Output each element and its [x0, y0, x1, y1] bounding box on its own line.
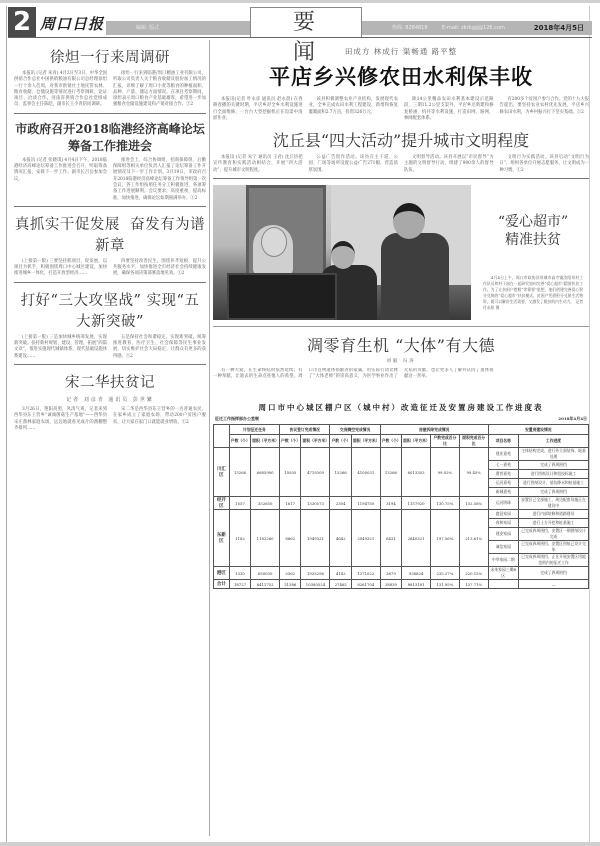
value-cell: 1183260: [251, 510, 280, 567]
article-shenqiu: 沈丘县“四大活动”提升城市文明程度 本报讯 (记者 朱宁 通讯员 王君) 沈丘县…: [213, 128, 589, 174]
main-article: 田成方 林成行 渠畅通 路平整 平店乡兴修农田水利保丰收 本报讯(记者 叶永彦 …: [213, 46, 589, 122]
value-cell: 8662: [280, 510, 301, 567]
project-progress-cell: 已完成四周围挡，安置区一期图纸设计完成: [519, 528, 589, 541]
project-name-cell: 七一嘉苑: [488, 461, 518, 470]
value-cell: 1371022: [351, 567, 380, 580]
value-cell: 8411752: [251, 580, 280, 589]
value-cell: 18727: [229, 580, 250, 589]
district-cell: 港区: [214, 567, 230, 580]
value-cell: 131.95%: [430, 580, 459, 589]
headline: 沈丘县“四大活动”提升城市文明程度: [213, 128, 589, 151]
col-header: 工作进度: [519, 435, 589, 448]
page-header: 2 周口日报 编辑: 版式 要闻 热线: 8284818 E-mail: zkr…: [8, 7, 592, 37]
project-name-cell: 未来家园三期B区: [488, 567, 518, 580]
project-progress-cell: 进行内部装修和道路建设: [519, 510, 589, 519]
divider: [14, 364, 206, 365]
value-cell: 137.71%: [459, 580, 488, 589]
value-cell: 4142: [330, 567, 351, 580]
col-header: 面积（平方米）: [251, 435, 280, 448]
col-group: 安置房建设情况: [488, 425, 588, 435]
col-group: 房屋拆除完成情况: [380, 425, 488, 435]
project-name-cell: 新城嘉苑: [488, 488, 518, 497]
project-progress-cell: 完成了四周围挡: [519, 488, 589, 497]
article-text: 本报讯 (记者 张晓琪) 4月4日下午，2018临港经济高峰论坛筹备工作推进会召…: [14, 158, 107, 202]
caption-title: “爱心超市” 精准扶贫: [483, 213, 583, 249]
headline: 市政府召开2018临港经济高峰论坛筹备工作推进会: [14, 120, 206, 154]
computer-monitor-graphic: [227, 273, 337, 320]
table-date: 2018年4月4日: [558, 416, 587, 422]
headline: 徐炟一行来周调研: [14, 46, 206, 67]
project-progress-cell: 安置区已全部施工，周边配套设施正在建设中: [519, 497, 589, 510]
left-column: 徐炟一行来周调研 本报讯 (记者 朱青) 4月2日至3日，中华全国供销合作总社中…: [14, 40, 206, 432]
header-divider: [8, 37, 592, 38]
article-text: 有200多个贫困户参与合作。党的十九大报告提出，要坚持农业农村优先发展，平店乡兴…: [500, 97, 590, 122]
value-cell: 6685900: [251, 448, 280, 497]
col-header: 面积（平方米）: [351, 435, 380, 448]
project-name-cell: 运河明珠: [488, 497, 518, 510]
article-real-work: 真抓实干促发展 奋发有为谱新章 (上接第一版) 三要坚持抓项目、促发展，以项目为…: [14, 213, 206, 278]
value-cell: 213.61%: [459, 510, 488, 567]
table-row: 川汇区1326666859001050547193091326641000311…: [214, 448, 589, 461]
article-authors: 田成方 林成行 渠畅通 路平整: [213, 46, 589, 57]
value-cell: 4642: [330, 510, 351, 567]
value-cell: 1557: [229, 497, 250, 510]
article-body-donation: 凋零育生机 “大体”有大德 刘毅 冯涛 有一种大爱，在生命终结时依然延续；有一种…: [213, 333, 589, 398]
project-progress-cell: —: [519, 580, 589, 589]
project-name-cell: 建安家园: [488, 528, 518, 541]
value-cell: 13266: [380, 448, 401, 497]
value-cell: 8261704: [351, 580, 380, 589]
person-graphic: [331, 241, 355, 269]
project-progress-cell: 进行图纸设计、基坑降水和桩基施工: [519, 479, 589, 488]
district-cell: 东新区: [214, 510, 230, 567]
article-text: 五是保持社会和谐稳定，实现新突破。统筹推进教育、医疗卫生、社会保障等民生事业发展…: [113, 335, 206, 360]
article-text: 该县积极调整农业产业结构，发展现代农业，全乡完成农田水利工程建设，新增和恢复灌溉…: [309, 97, 399, 122]
project-name-cell: [488, 580, 518, 589]
value-cell: 2640321: [402, 510, 431, 567]
value-cell: 235.27%: [430, 567, 459, 580]
value-cell: 2304: [330, 497, 351, 510]
value-cell: 1194750: [351, 497, 380, 510]
value-cell: 10505: [280, 448, 301, 497]
divider: [14, 113, 206, 114]
district-cell: 川汇区: [214, 448, 230, 497]
person-graphic: [261, 227, 287, 257]
project-name-cell: 运河嘉苑: [488, 479, 518, 488]
value-cell: 1330: [229, 567, 250, 580]
article-text: 有一种大爱，在生命终结时依然延续；有一种奉献，让逝去的生命点亮他人的希望。周口市…: [213, 368, 589, 398]
value-cell: 197.56%: [430, 510, 459, 567]
headline: 凋零育生机 “大体”有大德: [213, 333, 589, 356]
byline: 记者 刘彦青 通讯员 彭世繁: [14, 396, 206, 403]
article-text: 本报讯(记者 叶永彦 通讯员 赵永晨) 在春耕春播的关键时期，平店乡对全乡水利设…: [213, 97, 303, 122]
article-text: 本报讯 (记者 朱宁 通讯员 王君) 沈丘县把宣传教育和实践活动相结合，开展“四…: [213, 155, 303, 174]
value-cell: 6431: [380, 510, 401, 567]
value-cell: 99.45%: [459, 448, 488, 497]
project-progress-cell: 已完成四周围挡，安置区图纸已设计完毕: [519, 541, 589, 554]
value-cell: 13266: [330, 448, 351, 497]
table-office: 征迁工作指挥部办公室制: [215, 416, 259, 422]
page-top-border: [0, 0, 600, 3]
project-progress-cell: 完成了四周围挡: [519, 461, 589, 470]
col-header: 面积（平方米）: [301, 435, 330, 448]
value-cell: 10380524: [301, 580, 330, 589]
person-graphic: [393, 203, 425, 239]
col-header: 户数完成百分比: [430, 435, 459, 448]
value-cell: 1330573: [301, 497, 330, 510]
value-cell: 2049321: [351, 510, 380, 567]
photo-feature: “爱心超市” 精准扶贫 4月4日上午，周口市政协驻项城市高寺镇汝阳刘村工作队员和…: [213, 178, 589, 327]
article-text: 宋二华是西华县东王营乡的一名普通农民，在家乡成立了家庭农场，带动200户贫困户脱…: [113, 407, 206, 432]
project-progress-cell: 进行土方开挖和桩基施工: [519, 519, 589, 528]
project-name-cell: 鹿邑家园: [488, 510, 518, 519]
caption-text: 4月4日上午，周口市政协驻项城市高寺镇汝阳刘村工作队员和村干部在一起研究如何完善…: [483, 275, 583, 311]
value-cell: 4100031: [351, 448, 380, 497]
col-header: 户数（个）: [330, 435, 351, 448]
value-cell: 3194: [380, 497, 401, 510]
value-cell: 130.75%: [430, 497, 459, 510]
email: E-mail: zkrbgg@126.com: [442, 21, 505, 35]
table-title: 周口市中心城区棚户区（城中村）改造征迁及安置房建设工作进度表: [213, 402, 589, 413]
value-cell: 1949321: [301, 510, 330, 567]
value-cell: 27465: [330, 580, 351, 589]
byline: 刘毅 冯涛: [213, 358, 589, 364]
table-body: 川汇区1326666859001050547193091326641000311…: [214, 448, 589, 589]
article-text: 文明行为实践活动。该县启动“文明行为日”，组织各单位开展志愿服务，让文明成为一种…: [500, 155, 590, 174]
project-progress-cell: 完成了四周围挡: [519, 567, 589, 580]
issue-date: 2018年4月5日: [534, 21, 584, 35]
article-text: 本报讯 (记者 朱青) 4月2日至3日，中华全国供销合作总社中国供销粮油有限公司…: [14, 71, 107, 109]
article-text: 徐炟一行来到临港/周口精油工业有限公司，听取公司负责人关于粮食收储及股份加工情况…: [113, 71, 206, 109]
project-name-cell: 建业嘉苑: [488, 448, 518, 461]
headline: 宋二华扶贫记: [14, 371, 206, 392]
project-progress-cell: 已完成四周围挡，正在开展安置区用地范围内的征迁工作: [519, 554, 589, 567]
right-section: 田成方 林成行 渠畅通 路平整 平店乡兴修农田水利保丰收 本报讯(记者 叶永彦 …: [213, 40, 589, 589]
value-cell: 650030: [251, 567, 280, 580]
page-bottom-border: [0, 842, 600, 846]
col-header: 户数（个）: [229, 435, 250, 448]
value-cell: 6013303: [402, 448, 431, 497]
district-cell: 经开区: [214, 497, 230, 510]
value-cell: 3679: [380, 567, 401, 580]
value-cell: 5562: [280, 567, 301, 580]
section-title: 要闻: [250, 7, 362, 37]
progress-table: 计划征迁任务 协议签订完成情况 交房腾空完成情况 房屋拆除完成情况 安置房建设情…: [213, 424, 589, 589]
col-group: 协议签订完成情况: [280, 425, 330, 435]
article-text: 3月26日，艳阳高照，风清气爽。记者来到西华县东王营乡“诚诚菌菇生产基地”——西…: [14, 407, 107, 432]
info-strip: 热线: 8284818 E-mail: zkrbgg@126.com 2018年…: [362, 21, 592, 35]
article-song-erhua: 宋二华扶贫记 记者 刘彦青 通讯员 彭世繁 3月26日，艳阳高照，风清气爽。记者…: [14, 371, 206, 432]
value-cell: 132.56%: [459, 497, 488, 510]
table-row: 港区13306500305562193529641421371022367993…: [214, 567, 589, 580]
value-cell: 1617: [280, 497, 301, 510]
table-row: 合计18727841175231386103805242746582617042…: [214, 580, 589, 589]
project-name-cell: 春和家园: [488, 519, 518, 528]
article-text: 四要坚持改善民生，围绕补齐短板、提升公共服务水平，加快推进全市经济社会持续健康发…: [113, 259, 206, 278]
value-cell: 352650: [251, 497, 280, 510]
col-header: 项目名称: [488, 435, 518, 448]
divider: [14, 282, 206, 283]
headline: 打好“三大攻坚战” 实现“五大新突破”: [14, 289, 206, 331]
news-photo: [213, 185, 471, 320]
table-row: 东新区1182118326086621949321464220493216431…: [214, 510, 589, 519]
paper-logo: 周口日报: [40, 13, 104, 34]
article-text: 文明督导活动。该县开展以“市民督导”为主题的文明督导行动，组建了900余人的督导…: [404, 155, 494, 174]
headline: 真抓实干促发展 奋发有为谱新章: [14, 213, 206, 255]
article-text: 公益广告创作活动。该县在主干道、公园、广场等场所设置公益广告271幅，营造浓厚氛…: [309, 155, 399, 174]
page-number: 2: [8, 7, 36, 37]
main-headline: 平店乡兴修农田水利保丰收: [213, 61, 589, 91]
value-cell: 220.15%: [459, 567, 488, 580]
value-cell: 99.02%: [430, 448, 459, 497]
project-progress-cell: 主体结构完成，进行外立面装饰、地基处理: [519, 448, 589, 461]
project-name-cell: 中华家园二期: [488, 554, 518, 567]
project-name-cell: 诚信家园: [488, 541, 518, 554]
value-cell: 28830: [380, 580, 401, 589]
editor-strip: 编辑: 版式: [106, 21, 250, 35]
article-text: 推进会上，综合协调组、招商保障组、后勤保障组等相关单位负责人汇报了论坛筹备工作开…: [113, 158, 206, 202]
value-cell: 1182: [229, 510, 250, 567]
column-divider: [209, 40, 210, 836]
project-progress-cell: 进行图纸设计和招投标施工: [519, 470, 589, 479]
col-header: 户数（个）: [280, 435, 301, 448]
article-text: (上接第一版) 三是加快城乡统筹发展，实现新突破。扶持新村规划、建设、管理，拓展…: [14, 335, 107, 360]
value-cell: 1935296: [301, 567, 330, 580]
table-row: 经开区1557352650161713305732304119475031941…: [214, 497, 589, 510]
col-header: 面积（平方米）: [402, 435, 431, 448]
value-cell: 1157920: [402, 497, 431, 510]
value-cell: 31386: [280, 580, 301, 589]
col-header: 面积完成百分比: [459, 435, 488, 448]
article-text: 除14公里精品农田水利基本建设示范路段、三期11.2公里支渠外，平店乡还新建和修…: [404, 97, 494, 122]
value-cell: 4719309: [301, 448, 330, 497]
project-name-cell: 曹营嘉苑: [488, 470, 518, 479]
value-cell: 8813181: [402, 580, 431, 589]
photo-caption: “爱心超市” 精准扶贫 4月4日上午，周口市政协驻项城市高寺镇汝阳刘村工作队员和…: [471, 185, 589, 320]
col-group: 交房腾空完成情况: [330, 425, 380, 435]
value-cell: 13266: [229, 448, 250, 497]
col-header: 户数（个）: [380, 435, 401, 448]
value-cell: 938624: [402, 567, 431, 580]
hotline: 热线: 8284818: [392, 21, 428, 35]
article-three-battles: 打好“三大攻坚战” 实现“五大新突破” (上接第一版) 三是加快城乡统筹发展，实…: [14, 289, 206, 360]
col-group: 计划征迁任务: [229, 425, 279, 435]
article-xu-research: 徐炟一行来周调研 本报讯 (记者 朱青) 4月2日至3日，中华全国供销合作总社中…: [14, 46, 206, 109]
article-text: (上接第一版) 三要坚持抓项目、促发展，以项目为抓手，积极围绕周口中心城区建设，…: [14, 259, 107, 278]
article-linggang-forum: 市政府召开2018临港经济高峰论坛筹备工作推进会 本报讯 (记者 张晓琪) 4月…: [14, 120, 206, 202]
divider: [14, 206, 206, 207]
district-cell: 合计: [214, 580, 230, 589]
progress-table-section: 周口市中心城区棚户区（城中村）改造征迁及安置房建设工作进度表 征迁工作指挥部办公…: [213, 402, 589, 589]
